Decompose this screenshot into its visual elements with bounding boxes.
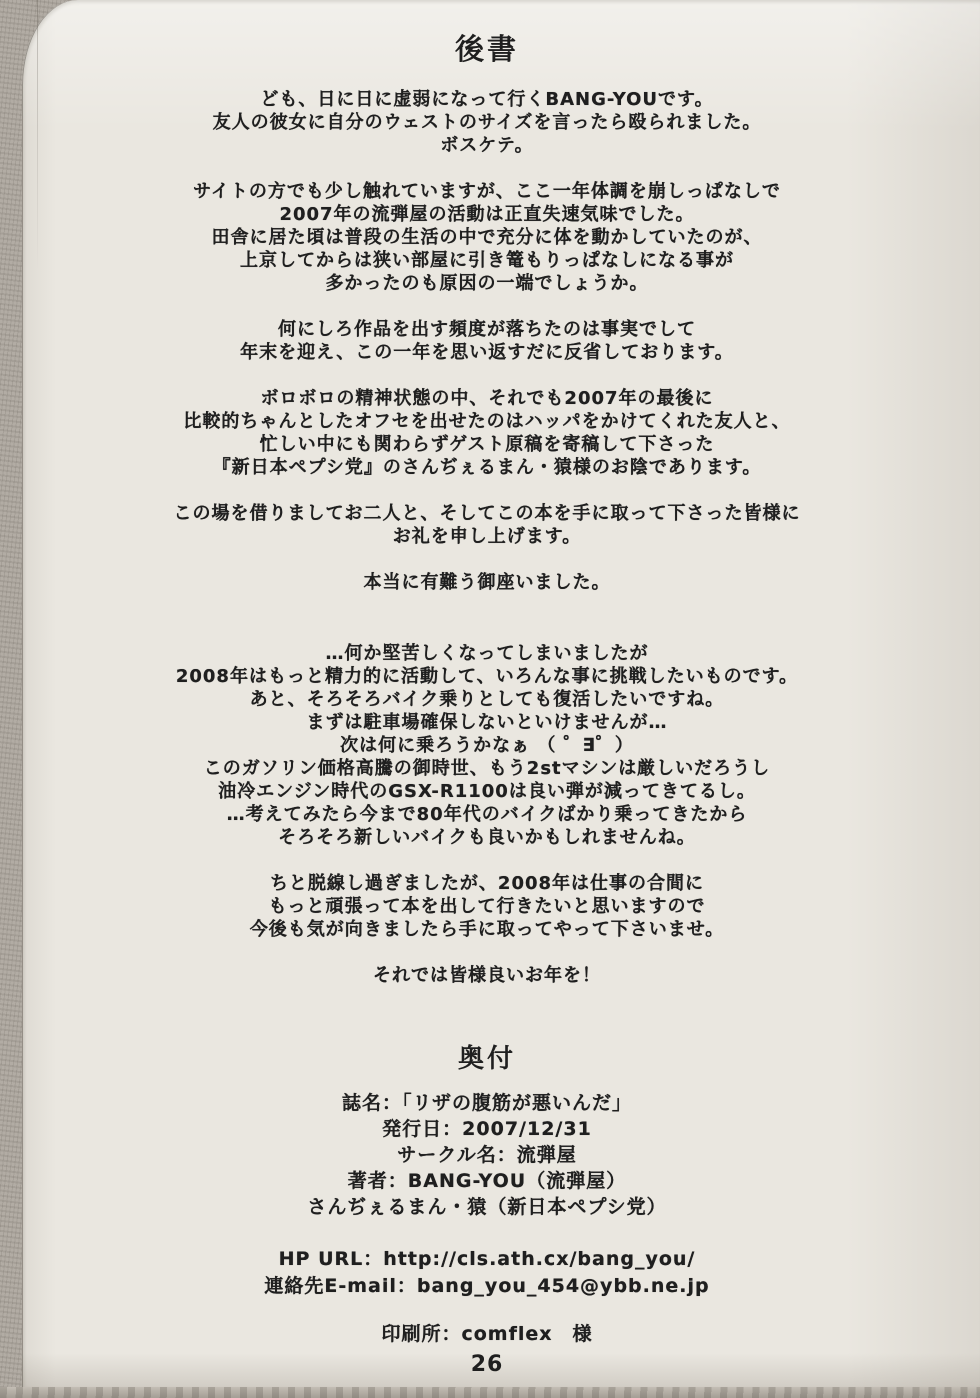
afterword-line: 上京してからは狭い部屋に引き篭もりっぱなしになる事が — [22, 249, 952, 272]
colophon-circle-name: サークル名：流弾屋 — [22, 1142, 952, 1168]
afterword-closing-line: それでは皆様良いお年を！ — [22, 964, 952, 987]
afterword-line: 2008年はもっと精力的に活動して、いろんな事に挑戦したいものです。 — [22, 665, 952, 688]
afterword-line: 田舎に居た頃は普段の生活の中で充分に体を動かしていたのが、 — [22, 226, 952, 249]
afterword-paragraph: それでは皆様良いお年を！ — [22, 964, 952, 987]
afterword-paragraph: ボロボロの精神状態の中、それでも2007年の最後に 比較的ちゃんとしたオフセを出… — [22, 387, 952, 479]
afterword-line: ボロボロの精神状態の中、それでも2007年の最後に — [22, 387, 952, 410]
contact-email: 連絡先E-mail：bang_you_454@ybb.ne.jp — [22, 1273, 952, 1300]
afterword-line: ども、日に日に虚弱になって行くBANG-YOUです。 — [22, 88, 952, 111]
afterword-line: この場を借りましてお二人と、そしてこの本を手に取って下さった皆様に — [22, 502, 952, 525]
colophon-book-title: 誌名：「リザの腹筋が悪いんだ」 — [22, 1090, 952, 1116]
printer-block: 印刷所：comflex 様 — [22, 1321, 952, 1348]
afterword-line: 忙しい中にも関わらずゲスト原稿を寄稿して下さった — [22, 433, 952, 456]
afterword-line: このガソリン価格高騰の御時世、もう2stマシンは厳しいだろうし — [22, 757, 952, 780]
afterword-title: 後書 — [22, 30, 952, 68]
afterword-line: 2007年の流弾屋の活動は正直失速気味でした。 — [22, 203, 952, 226]
page-bottom-edge — [0, 1387, 980, 1398]
afterword-line: 比較的ちゃんとしたオフセを出せたのはハッパをかけてくれた友人と、 — [22, 410, 952, 433]
afterword-line: 年末を迎え、この一年を思い返すだに反省しております。 — [22, 341, 952, 364]
afterword-line: お礼を申し上げます。 — [22, 525, 952, 548]
afterword-line: あと、そろそろバイク乗りとしても復活したいですね。 — [22, 688, 952, 711]
afterword-paragraph: ちと脱線し過ぎましたが、2008年は仕事の合間に もっと頑張って本を出して行きた… — [22, 872, 952, 941]
afterword-line: 何にしろ作品を出す頻度が落ちたのは事実でして — [22, 318, 952, 341]
afterword-paragraph: 本当に有難う御座いました。 — [22, 571, 952, 594]
afterword-line: 今後も気が向きましたら手に取ってやって下さいませ。 — [22, 918, 952, 941]
afterword-line: そろそろ新しいバイクも良いかもしれませんね。 — [22, 826, 952, 849]
afterword-line: ボスケテ。 — [22, 134, 952, 157]
colophon-block: 誌名：「リザの腹筋が悪いんだ」 発行日：2007/12/31 サークル名：流弾屋… — [22, 1090, 952, 1220]
printer-credit: 印刷所：comflex 様 — [22, 1321, 952, 1348]
paper-page: 後書 ども、日に日に虚弱になって行くBANG-YOUです。 友人の彼女に自分のウ… — [22, 0, 980, 1387]
afterword-line: …考えてみたら今まで80年代のバイクばかり乗ってきたから — [22, 803, 952, 826]
homepage-url: HP URL：http://cls.ath.cx/bang_you/ — [22, 1246, 952, 1273]
afterword-line: もっと頑張って本を出して行きたいと思いますので — [22, 895, 952, 918]
afterword-paragraph: 何にしろ作品を出す頻度が落ちたのは事実でして 年末を迎え、この一年を思い返すだに… — [22, 318, 952, 364]
afterword-paragraph: この場を借りましてお二人と、そしてこの本を手に取って下さった皆様に お礼を申し上… — [22, 502, 952, 548]
scan-background: 後書 ども、日に日に虚弱になって行くBANG-YOUです。 友人の彼女に自分のウ… — [0, 0, 980, 1398]
afterword-line: まずは駐車場確保しないといけませんが… — [22, 711, 952, 734]
afterword-line: 油冷エンジン時代のGSX-R1100は良い弾が減ってきてるし。 — [22, 780, 952, 803]
afterword-line: …何か堅苦しくなってしまいましたが — [22, 642, 952, 665]
contact-block: HP URL：http://cls.ath.cx/bang_you/ 連絡先E-… — [22, 1246, 952, 1300]
afterword-line: ちと脱線し過ぎましたが、2008年は仕事の合間に — [22, 872, 952, 895]
afterword-paragraph: ども、日に日に虚弱になって行くBANG-YOUです。 友人の彼女に自分のウェスト… — [22, 88, 952, 157]
afterword-line: 本当に有難う御座いました。 — [22, 571, 952, 594]
afterword-line: 次は何に乗ろうかなぁ （ ゜∃゜） — [22, 734, 952, 757]
colophon-guest-author: さんぢぇるまん・猿（新日本ペプシ党） — [22, 1194, 952, 1220]
afterword-paragraph: …何か堅苦しくなってしまいましたが 2008年はもっと精力的に活動して、いろんな… — [22, 642, 952, 849]
afterword-line: 友人の彼女に自分のウェストのサイズを言ったら殴られました。 — [22, 111, 952, 134]
afterword-line: 『新日本ペプシ党』のさんぢぇるまん・猿様のお陰であります。 — [22, 456, 952, 479]
colophon-author: 著者：BANG-YOU（流弾屋） — [22, 1168, 952, 1194]
afterword-line: サイトの方でも少し触れていますが、ここ一年体調を崩しっぱなしで — [22, 180, 952, 203]
colophon-publish-date: 発行日：2007/12/31 — [22, 1116, 952, 1142]
page-number: 26 — [22, 1352, 952, 1378]
colophon-title: 奥付 — [22, 1042, 952, 1076]
afterword-paragraph: サイトの方でも少し触れていますが、ここ一年体調を崩しっぱなしで 2007年の流弾… — [22, 180, 952, 295]
afterword-line: 多かったのも原因の一端でしょうか。 — [22, 272, 952, 295]
